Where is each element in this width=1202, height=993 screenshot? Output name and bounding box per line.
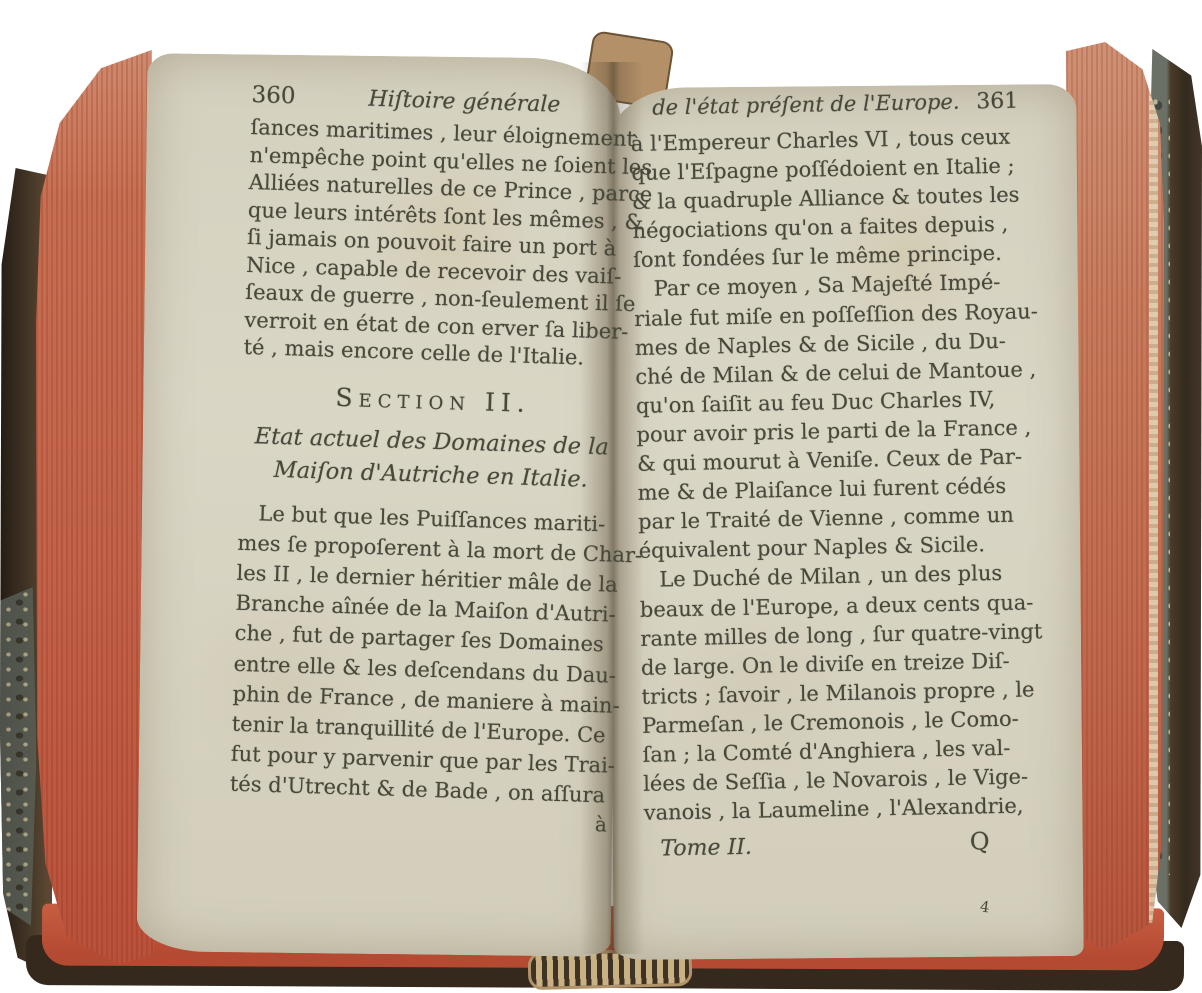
signature-mark: Q xyxy=(970,827,990,855)
book-photo: 360 Hiſtoire générale ſances maritimes ,… xyxy=(0,0,1202,993)
right-page-number: 361 xyxy=(976,89,1018,115)
left-paragraph-1: ſances maritimes , leur éloignementn'emp… xyxy=(243,114,633,373)
left-page-number: 360 xyxy=(251,82,296,109)
section-heading: Section II. xyxy=(242,377,625,423)
left-page-text: 360 Hiſtoire générale ſances maritimes ,… xyxy=(229,82,634,837)
left-paragraph-2: Le but que les Puiſſances mariti-mes ſe … xyxy=(229,497,620,811)
volume-label: Tome II. xyxy=(660,835,752,862)
right-body: à l'Empereur Charles VI , tous ceuxque l… xyxy=(631,122,1054,828)
left-page-edges xyxy=(36,50,154,964)
section-title: Etat actuel des Domaines de laMaiſon d'A… xyxy=(239,419,623,497)
right-running-title: de l'état préſent de l'Europe. xyxy=(652,90,960,120)
right-page-text: de l'état préſent de l'Europe. 361 à l'E… xyxy=(630,88,1055,862)
